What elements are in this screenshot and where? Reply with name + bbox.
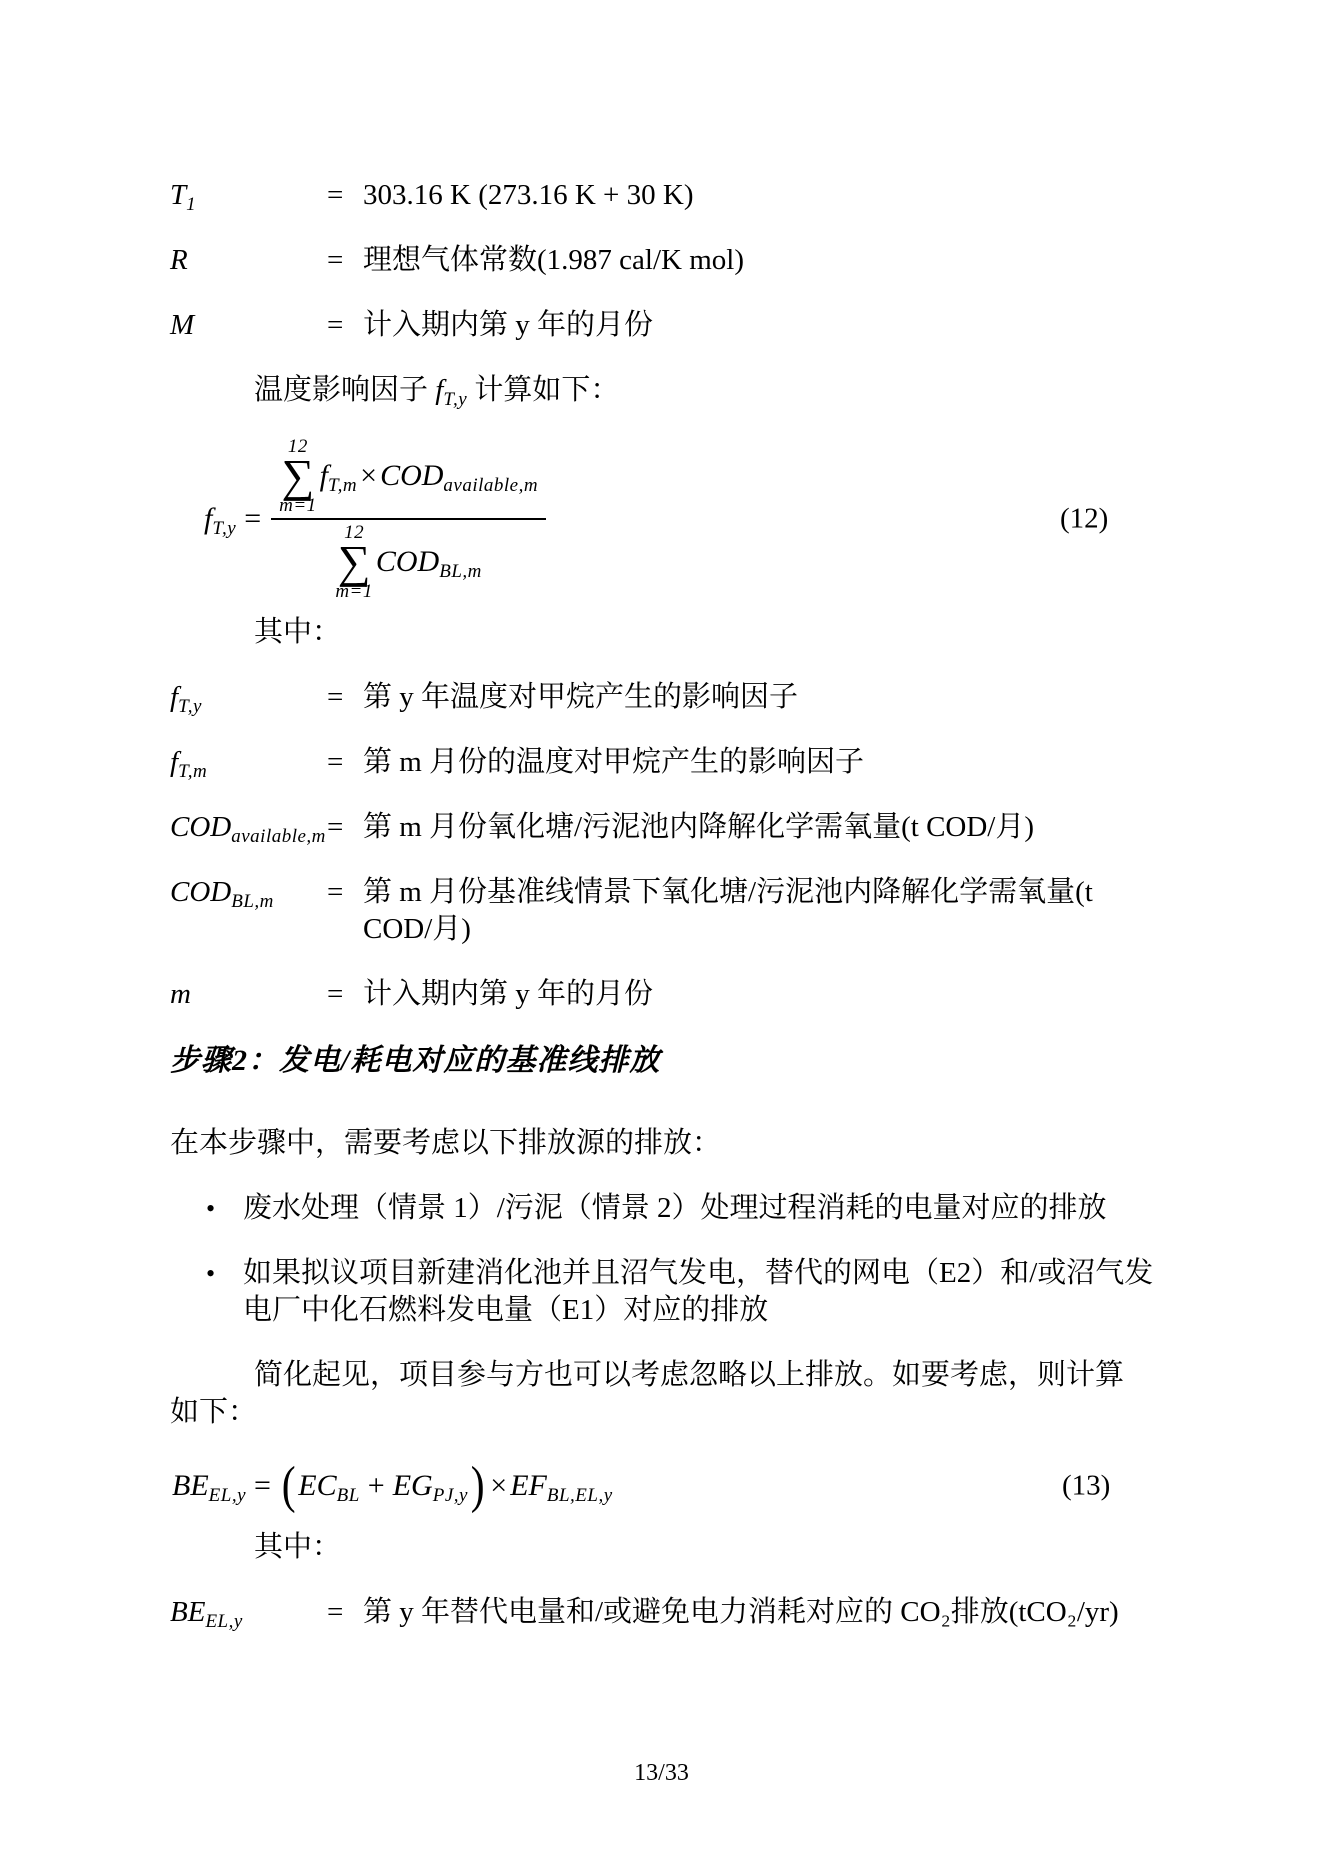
math-term-T1: T1 xyxy=(170,177,327,214)
bullet-text: 废水处理（情景 1）/污泥（情景 2）处理过程消耗的电量对应的排放 xyxy=(243,1190,1155,1227)
plus-sign: + xyxy=(368,1471,385,1501)
step2-heading: 步骤2：发电/耗电对应的基准线排放 xyxy=(170,1041,1155,1081)
bullet-item: • 如果拟议项目新建消化池并且沼气发电，替代的网电（E2）和/或沼气发电厂中化石… xyxy=(206,1255,1155,1329)
math-term-ecbl: ECBL xyxy=(298,1471,360,1501)
step2-intro-paragraph: 在本步骤中，需要考虑以下排放源的排放： xyxy=(170,1125,1155,1162)
sum-lower-limit: m=1 xyxy=(279,496,317,515)
open-paren: ( xyxy=(282,1460,296,1512)
summation-operator: 12 ∑ m=1 xyxy=(279,437,317,515)
definition-text: 计入期内第 y 年的月份 xyxy=(363,976,1155,1013)
where-label: 其中： xyxy=(170,614,1155,651)
bullet-dot-icon: • xyxy=(206,1255,243,1329)
equals-sign: = xyxy=(244,504,261,534)
fraction-numerator: 12 ∑ m=1 fT,m × CODavailable,m xyxy=(271,437,546,520)
definition-row-cod-bl: CODBL,m = 第 m 月份基准线情景下氧化塘/污泥池内降解化学需氧量(t … xyxy=(170,874,1155,948)
definition-text: 第 m 月份的温度对甲烷产生的影响因子 xyxy=(363,744,1155,781)
math-term-ftm: fT,m xyxy=(170,744,327,781)
document-page: T1 = 303.16 K (273.16 K + 30 K) R = 理想气体… xyxy=(0,0,1323,1871)
equals-sign: = xyxy=(327,1594,363,1631)
math-term-egpjy: EGPJ,y xyxy=(393,1471,468,1501)
equation-number: (12) xyxy=(1060,505,1108,534)
definition-row-ftm: fT,m = 第 m 月份的温度对甲烷产生的影响因子 xyxy=(170,744,1155,781)
equals-sign: = xyxy=(327,744,363,781)
intro-prefix: 温度影响因子 xyxy=(254,374,428,406)
sigma-icon: ∑ xyxy=(281,456,314,496)
simplify-paragraph: 简化起见，项目参与方也可以考虑忽略以上排放。如要考虑，则计算如下： xyxy=(170,1357,1138,1431)
math-term-M: M xyxy=(170,307,327,344)
equals-sign: = xyxy=(327,177,363,214)
math-term-cod-bl: CODBL,m xyxy=(376,547,482,577)
definition-row-bely: BEEL,y = 第 y 年替代电量和/或避免电力消耗对应的 CO₂排放(tCO… xyxy=(170,1594,1155,1631)
equals-sign: = xyxy=(254,1471,271,1501)
intro-suffix: 计算如下： xyxy=(474,374,619,406)
definition-row-fty: fT,y = 第 y 年温度对甲烷产生的影响因子 xyxy=(170,679,1155,716)
definition-row-t1: T1 = 303.16 K (273.16 K + 30 K) xyxy=(170,177,1155,214)
definition-row-r: R = 理想气体常数(1.987 cal/K mol) xyxy=(170,242,1155,279)
math-lhs-fty: fT,y xyxy=(204,504,236,534)
multiplication-sign: × xyxy=(360,461,377,491)
fraction-denominator: 12 ∑ m=1 CODBL,m xyxy=(335,520,482,601)
equation-number: (13) xyxy=(1062,1472,1110,1501)
bullet-text: 如果拟议项目新建消化池并且沼气发电，替代的网电（E2）和/或沼气发电厂中化石燃料… xyxy=(243,1255,1155,1329)
equals-sign: = xyxy=(327,809,363,846)
definition-text: 理想气体常数(1.987 cal/K mol) xyxy=(363,242,1155,279)
math-term-fty: fT,y xyxy=(170,679,327,716)
close-paren: ) xyxy=(471,1460,485,1512)
math-term-R: R xyxy=(170,242,327,279)
math-term-m: m xyxy=(170,976,327,1013)
bullet-item: • 废水处理（情景 1）/污泥（情景 2）处理过程消耗的电量对应的排放 xyxy=(206,1190,1155,1227)
math-term-efblely: EFBL,EL,y xyxy=(510,1471,612,1501)
definition-row-m-lower: m = 计入期内第 y 年的月份 xyxy=(170,976,1155,1013)
equals-sign: = xyxy=(327,874,363,948)
definition-row-m-upper: M = 计入期内第 y 年的月份 xyxy=(170,307,1155,344)
equals-sign: = xyxy=(327,976,363,1013)
formula12-intro-paragraph: 温度影响因子 fT,y 计算如下： xyxy=(170,372,1155,409)
math-term-ftm: fT,m xyxy=(320,461,357,491)
where-label: 其中： xyxy=(170,1529,1155,1566)
equals-sign: = xyxy=(327,679,363,716)
definition-row-cod-available: CODavailable,m = 第 m 月份氧化塘/污泥池内降解化学需氧量(t… xyxy=(170,809,1155,846)
definition-text: 计入期内第 y 年的月份 xyxy=(363,307,1155,344)
math-var-fty: fT,y xyxy=(435,374,467,406)
definition-text: 303.16 K (273.16 K + 30 K) xyxy=(363,177,1155,214)
definition-text: 第 y 年温度对甲烷产生的影响因子 xyxy=(363,679,1155,716)
fraction: 12 ∑ m=1 fT,m × CODavailable,m 12 ∑ m=1 … xyxy=(271,437,546,601)
math-term-cod-available: CODavailable,m xyxy=(380,461,538,491)
summation-operator: 12 ∑ m=1 xyxy=(335,523,373,601)
math-lhs-bely: BEEL,y xyxy=(172,1471,246,1501)
bullet-dot-icon: • xyxy=(206,1190,243,1227)
definition-text: 第 y 年替代电量和/或避免电力消耗对应的 CO₂排放(tCO₂/yr) xyxy=(363,1594,1155,1631)
formula-12: fT,y = 12 ∑ m=1 fT,m × CODavailable,m 12… xyxy=(204,437,1155,601)
math-term-cod-bl: CODBL,m xyxy=(170,874,327,948)
definition-text: 第 m 月份基准线情景下氧化塘/污泥池内降解化学需氧量(t COD/月) xyxy=(363,874,1155,948)
formula-13: BEEL,y = ( ECBL + EGPJ,y ) × EFBL,EL,y (… xyxy=(172,1459,1155,1513)
page-number: 13/33 xyxy=(0,1758,1323,1788)
definition-text: 第 m 月份氧化塘/污泥池内降解化学需氧量(t COD/月) xyxy=(363,809,1155,846)
sigma-icon: ∑ xyxy=(338,542,371,582)
equals-sign: = xyxy=(327,307,363,344)
equals-sign: = xyxy=(327,242,363,279)
sum-lower-limit: m=1 xyxy=(335,582,373,601)
math-term-bely: BEEL,y xyxy=(170,1594,327,1631)
math-term-cod-available: CODavailable,m xyxy=(170,809,327,846)
multiplication-sign: × xyxy=(490,1471,507,1501)
